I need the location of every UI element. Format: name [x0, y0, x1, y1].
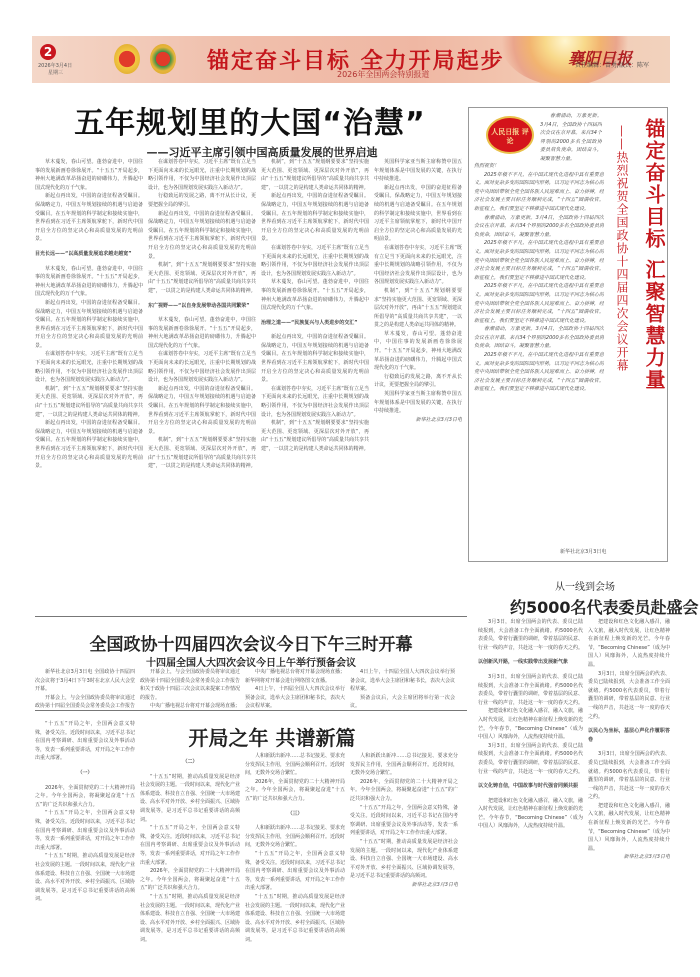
paragraph: 行稳致远的发展之路，离不开从长计议，更要把握全局的擘引。 — [374, 373, 462, 390]
paragraph: 中央广播电视总台将对开幕会现场直播；新华网将对开幕会进行网络图文直播。 — [140, 702, 240, 708]
feature-column-3: 人和新跃出新冲……总书记接见、要求充分发挥民主作用，全国两会顺利召开。近段时间，… — [245, 752, 345, 972]
dateline: 新华社北京3月3日电 — [374, 416, 462, 425]
paragraph: “十五五”时期，推动高质量发展是经济社会发展的主题。一段时间以来，现代化产业体系… — [245, 893, 345, 945]
paragraph: “十五五”时期，推动高质量发展是经济社会发展的主题。一段时间以来，现代化产业体系… — [140, 893, 240, 945]
page-number-badge: 2 — [40, 44, 56, 60]
cppcc-emblem-icon — [150, 44, 176, 74]
cppcc-article-subtitle: 十四届全国人大四次会议今日上午举行预备会议 — [35, 654, 467, 669]
divider — [35, 710, 467, 711]
peoples-daily-commentary-badge: 人民日报 评论 — [486, 116, 534, 154]
paragraph: 行稳致远的发展之路，离不开从长计议，更要把握全局的擘引。 — [148, 192, 256, 209]
lead-article-column-2: 在谋划答卷中夯实，习近平主席“既有立足当下更面向未来的长远眼光，注重中长期规划的… — [148, 158, 256, 598]
commentary-body: 热烈祝贺！ 2025年极不平凡，在中国式现代化进程中具有重要意义。面对复杂多变的… — [474, 162, 604, 552]
paragraph: 在谋划答卷中夯实，习近平主席“既有立足当下更面向未来的长远眼光，注重中长期规划的… — [261, 385, 369, 419]
paragraph: 草木蔓发，春山可望。蓬勃奋进中，中国往事的发展新画卷徐徐展开。“十五五”开局起步… — [35, 158, 143, 192]
paragraph: 草木蔓发，春山可望。蓬勃奋进中，中国往事的发展新画卷徐徐展开。“十五五”开局起步… — [35, 265, 143, 299]
paragraph: 2025年极不平凡，在中国式现代化进程中具有重要意义。面对复杂多变的国际国内形势… — [474, 171, 604, 214]
paragraph: 在谋划答卷中夯实，习近平主席“既有立足当下更面向未来的长远眼光，注重中长期规划的… — [148, 350, 256, 384]
weekday-text: 星期三 — [38, 70, 78, 77]
paragraph: 新起点再出发，中国的奋进征程备受瞩目。保战略定力，中国五年规划接续的机遇与启迪备… — [148, 385, 256, 437]
paragraph: 2025年极不平凡，在中国式现代化进程中具有重要意义。面对复杂多变的国际国内形势… — [474, 282, 604, 325]
deputies-article-title: 约5000名代表委员赴盛会 — [510, 595, 699, 618]
date-text: 2026年3月4日 — [38, 63, 78, 70]
lead-article-column-3: 机制”，到“十五五”规划纲要要求”坚持实施更大范围、更宽领域、更深层次对外开放”… — [261, 158, 369, 598]
paragraph: 2026年，全面贯彻党的二十大精神开局之年。今年全国两会，将凝聚起奋进“十五五”… — [245, 778, 345, 804]
deputies-column-1: 3月3日，出席全国两会的代表、委员已陆续报到，大会准备工作全面就绪。约5000名… — [478, 618, 583, 973]
paragraph: 把建设和红色文化融入感召，融入文旅，融入时代发展，让红色精神在新征程上焕发新的光… — [588, 618, 670, 670]
paragraph: 在谋划答卷中夯实，习近平主席“既有立足当下更面向未来的长远眼光，注重中长期规划的… — [374, 244, 462, 287]
paragraph: 机制”，到“十五五”规划纲要要求”坚持实施更大范围、更宽领域、更深层次对外开放”… — [35, 385, 143, 419]
paragraph: 人和新跃出新冲……总书记接见、要求充分发挥民主作用，全国两会顺利召开。近段时间，… — [245, 824, 345, 850]
paragraph: 机制”，到“十五五”规划纲要要求”坚持实施更大范围、更宽领域、更深层次对外开放”… — [148, 436, 256, 470]
paragraph: 人和新跃出新冲……总书记接见、要求充分发挥民主作用，全国两会顺利召开。近段时间，… — [350, 752, 458, 778]
paragraph: 3月3日，出席全国两会的代表、委员已陆续报到，大会准备工作全面就绪。约5000名… — [478, 618, 583, 652]
section-subhead: 以民心为坐标，基层心声化作履职答卷 — [588, 727, 670, 744]
paragraph: 新起点再出发，中国的奋进征程备受瞩目。保战略定力，中国五年规划接续的机遇与启迪备… — [261, 333, 369, 385]
paragraph: 新起点再出发，中国的奋进征程备受瞩目。保战略定力，中国五年规划接续的机遇与启迪备… — [35, 192, 143, 244]
paragraph: 春潮涌动，万象更新。3月4日，全国政协十四届四次会议在京开幕。来自34个界别的2… — [474, 325, 604, 351]
paragraph: 新华社北京3月3日电 全国政协十四届四次会议将于3月4日下午3时在北京人民大会堂… — [35, 668, 135, 694]
paragraph: 把建设和红色文化融入感召，融入文旅，融入时代发展，让红色精神在新征程上焕发新的光… — [478, 707, 583, 741]
paragraph: 4日上午，十四届全国人大四次会议举行预备会议，选举大会主席团和秘书长，表决大会议… — [245, 685, 345, 708]
paragraph: “十五五”时期，推动高质量发展是经济社会发展的主题。一段时间以来，现代化产业体系… — [35, 852, 135, 904]
paragraph: 2026年，全面贯彻党的二十大精神开局之年。今年全国两会，将凝聚起奋进“十五五”… — [350, 778, 458, 804]
paragraph: 3月3日，出席全国两会的代表、委员已陆续报到，大会准备工作全面就绪。约5000名… — [478, 673, 583, 707]
paragraph: 开幕会上，与会全国政协委员将审议通过政协第十四届全国委员会常务委员会工作报告和关… — [140, 668, 240, 702]
special-report-label: 2026年全国两会特别报道 — [337, 69, 429, 80]
paragraph: “十五五”开局之年，全国两会意义特殊，备受关注。近段时间以来，习近平总书记在国内… — [35, 809, 135, 852]
paragraph: “十五五”开局之年，全国两会意义特殊，备受关注。近段时间以来，习近平总书记在国内… — [245, 850, 345, 893]
cppcc-article-title: 全国政协十四届四次会议今日下午三时开幕 — [35, 630, 467, 655]
section-number: （一） — [35, 769, 135, 778]
lead-article-column-1: 草木蔓发，春山可望。蓬勃奋进中，中国往事的发展新画卷徐徐展开。“十五五”开局起步… — [35, 158, 143, 598]
paragraph: 2026年，全面贯彻党的二十大精神开局之年。今年全国两会，将凝聚起奋进“十五五”… — [140, 867, 240, 893]
section-subhead: 东广视野——“以自身发展带动各国共同繁荣” — [148, 302, 256, 311]
issue-date: 2026年3月4日 星期三 — [38, 63, 78, 77]
dateline: 新华社北京3月3日电 — [588, 853, 670, 862]
paragraph: 在谋划答卷中夯实，习近平主席“既有立足当下更面向未来的长远眼光，注重中长期规划的… — [261, 244, 369, 278]
paragraph: 2025年极不平凡，在中国式现代化进程中具有重要意义。面对复杂多变的国际国内形势… — [474, 351, 604, 394]
commentary-vertical-subtitle: ——热烈祝贺全国政协十四届四次会议开幕 — [614, 125, 631, 545]
paragraph: 把建设和红色文化融入感召，融入文旅，融入时代发展，让红色精神在新征程上焕发新的光… — [588, 802, 670, 854]
paragraph: 英国科学家亚当斯主席称赞中国五年规划体系是中国发展的关键，在执行中持续推进。 — [374, 158, 462, 184]
lead-article-column-4: 英国科学家亚当斯主席称赞中国五年规划体系是中国发展的关键，在执行中持续推进。 新… — [374, 158, 462, 598]
section-subhead: 以文化铸自信，中国故事与时代强音同频共振 — [478, 782, 583, 791]
section-subhead: 治理之道——“民族复兴与人类进步的交汇” — [261, 319, 369, 328]
paragraph: “十五五”时期，推动高质量发展是经济社会发展的主题。一段时间以来，现代化产业体系… — [140, 773, 240, 825]
paragraph: 新起点再出发，中国的奋进征程备受瞩目。保战略定力，中国五年规划接续的机遇与启迪备… — [35, 419, 143, 471]
dateline: 新华社北京3月3日电 — [350, 881, 458, 890]
paragraph: “十五五”开局之年，全国两会意义特殊，备受关注。近段时间以来，习近平总书记在国内… — [35, 720, 135, 763]
paragraph: 机制”，到“十五五”规划纲要要求”坚持实施更大范围、更宽领域、更深层次对外开放”… — [148, 261, 256, 295]
paragraph: 草木蔓发，春山可望。蓬勃奋进中，中国往事的发展新画卷徐徐展开。“十五五”开局起步… — [261, 278, 369, 312]
feature-column-4: 人和新跃出新冲……总书记接见、要求充分发挥民主作用，全国两会顺利召开。近段时间，… — [350, 752, 458, 972]
deputies-article-kicker: 从一线到会场 — [555, 578, 615, 593]
paragraph: 英国科学家亚当斯主席称赞中国五年规划体系是中国发展的关键，在执行中持续推进。 — [374, 390, 462, 416]
paragraph: 3月3日，出席全国两会的代表、委员已陆续报到，大会准备工作全面就绪。约5000名… — [588, 750, 670, 802]
section-subhead: 以创新风开路，一线实践带出发展新气象 — [478, 658, 583, 667]
commentary-intro: 春潮涌动，万象更新。3月4日，全国政协十四届四次会议在京开幕。来自34个界别的2… — [540, 112, 602, 162]
section-number: （二） — [140, 758, 240, 767]
paragraph: 新起点再出发，中国的奋进征程备受瞩目。保战略定力，中国五年规划接续的机遇与启迪备… — [261, 192, 369, 244]
paragraph: 草木蔓发，春山可望。蓬勃奋进中，中国往事的发展新画卷徐徐展开。“十五五”开局起步… — [374, 330, 462, 373]
editor-credit: 责任编辑：曾勇/版式：陈军 — [575, 60, 649, 69]
commentary-dateline: 新华社北京3月3日电 — [560, 548, 660, 558]
paragraph: 开幕会上，与会全国政协委员将审议通过政协第十四届全国委员会常务委员会工作报告和关… — [35, 694, 135, 708]
feature-column-2: （二） “十五五”时期，推动高质量发展是经济社会发展的主题。一段时间以来，现代化… — [140, 752, 240, 972]
paragraph: 3月3日，出席全国两会的代表、委员已陆续报到，大会准备工作全面就绪。约5000名… — [588, 670, 670, 722]
paragraph: “十五五”开局之年，全国两会意义特殊，备受关注。近段时间以来，习近平总书记在国内… — [140, 824, 240, 867]
feature-article-title: 开局之年 共谱新篇 — [172, 722, 372, 751]
paragraph: 4日上午，十四届全国人大四次会议举行预备会议，选举大会主席团和秘书长，表决大会议… — [350, 668, 455, 694]
paragraph: 机制”，到“十五五”规划纲要要求”坚持实施更大范围、更宽领域、更深层次对外开放”… — [261, 419, 369, 453]
paragraph: 2025年极不平凡，在中国式现代化进程中具有重要意义。面对复杂多变的国际国内形势… — [474, 239, 604, 282]
paragraph: 2026年，全面贯彻党的二十大精神开局之年。今年全国两会，将凝聚起奋进“十五五”… — [35, 784, 135, 810]
paragraph: “十五五”时期，推动高质量发展是经济社会发展的主题。一段时间以来，现代化产业体系… — [350, 838, 458, 881]
paragraph: 预备会议后，大会主席团将举行第一次会议。 — [350, 694, 455, 708]
cppcc-column-2: 开幕会上，与会全国政协委员将审议通过政协第十四届全国委员会常务委员会工作报告和关… — [140, 668, 240, 708]
lead-article-title: 五年规划里的大国“治慧” — [70, 98, 430, 142]
paragraph: 春潮涌动，万象更新。3月4日，全国政协十四届四次会议在京开幕。来自34个界别的2… — [540, 112, 602, 162]
cppcc-column-4: 4日上午，十四届全国人大四次会议举行预备会议，选举大会主席团和秘书长，表决大会议… — [350, 668, 455, 708]
cppcc-column-1: 新华社北京3月3日电 全国政协十四届四次会议将于3月4日下午3时在北京人民大会堂… — [35, 668, 135, 708]
paragraph: 新起点再出发，中国的奋进征程备受瞩目。保战略定力，中国五年规划接续的机遇与启迪备… — [35, 299, 143, 351]
paragraph: 人和新跃出新冲……总书记接见、要求充分发挥民主作用，全国两会顺利召开。近段时间，… — [245, 752, 345, 778]
paragraph: 机制”，到“十五五”规划纲要要求”坚持实施更大范围、更宽领域、更深层次对外开放”… — [261, 158, 369, 192]
paragraph: 草木蔓发，春山可望。蓬勃奋进中，中国往事的发展新画卷徐徐展开。“十五五”开局起步… — [148, 316, 256, 350]
paragraph: 中央广播电视总台将对开幕会现场直播；新华网将对开幕会进行网络图文直播。 — [245, 668, 345, 685]
paragraph: 机制”，到“十五五”规划纲要要求”坚持实施更大范围、更宽领域、更深层次对外开放”… — [374, 287, 462, 330]
section-subhead: 目光长远——“以高质量发展追求越走越宽” — [35, 250, 143, 259]
national-emblem-icon — [114, 44, 140, 74]
paragraph: 3月3日，出席全国两会的代表、委员已陆续报到，大会准备工作全面就绪。约5000名… — [478, 742, 583, 776]
cppcc-column-3: 中央广播电视总台将对开幕会现场直播；新华网将对开幕会进行网络图文直播。 4日上午… — [245, 668, 345, 708]
paragraph: 新起点再出发，中国的奋进征程备受瞩目。保战略定力，中国五年规划接续的机遇与启迪备… — [374, 184, 462, 244]
commentary-vertical-title: 锚定奋斗目标 汇聚智慧力量 — [640, 118, 669, 558]
paragraph: 在谋划答卷中夯实，习近平主席“既有立足当下更面向未来的长远眼光，注重中长期规划的… — [35, 350, 143, 384]
paragraph: 在谋划答卷中夯实，习近平主席“既有立足当下更面向未来的长远眼光，注重中长期规划的… — [148, 158, 256, 192]
paragraph: 春潮涌动，万象更新。3月4日，全国政协十四届四次会议在京开幕。来自34个界别的2… — [474, 214, 604, 240]
feature-column-1: “十五五”开局之年，全国两会意义特殊，备受关注。近段时间以来，习近平总书记在国内… — [35, 720, 135, 970]
paragraph: “十五五”开局之年，全国两会意义特殊，备受关注。近段时间以来，习近平总书记在国内… — [350, 804, 458, 838]
paragraph: 把建设和红色文化融入感召，融入文旅，融入时代发展，让红色精神在新征程上焕发新的光… — [478, 797, 583, 831]
greeting: 热烈祝贺！ — [474, 162, 604, 171]
deputies-column-2: 把建设和红色文化融入感召，融入文旅，融入时代发展，让红色精神在新征程上焕发新的光… — [588, 618, 670, 973]
paragraph: 新起点再出发，中国的奋进征程备受瞩目。保战略定力，中国五年规划接续的机遇与启迪备… — [148, 210, 256, 262]
section-number: （三） — [245, 810, 345, 819]
divider — [35, 616, 467, 617]
